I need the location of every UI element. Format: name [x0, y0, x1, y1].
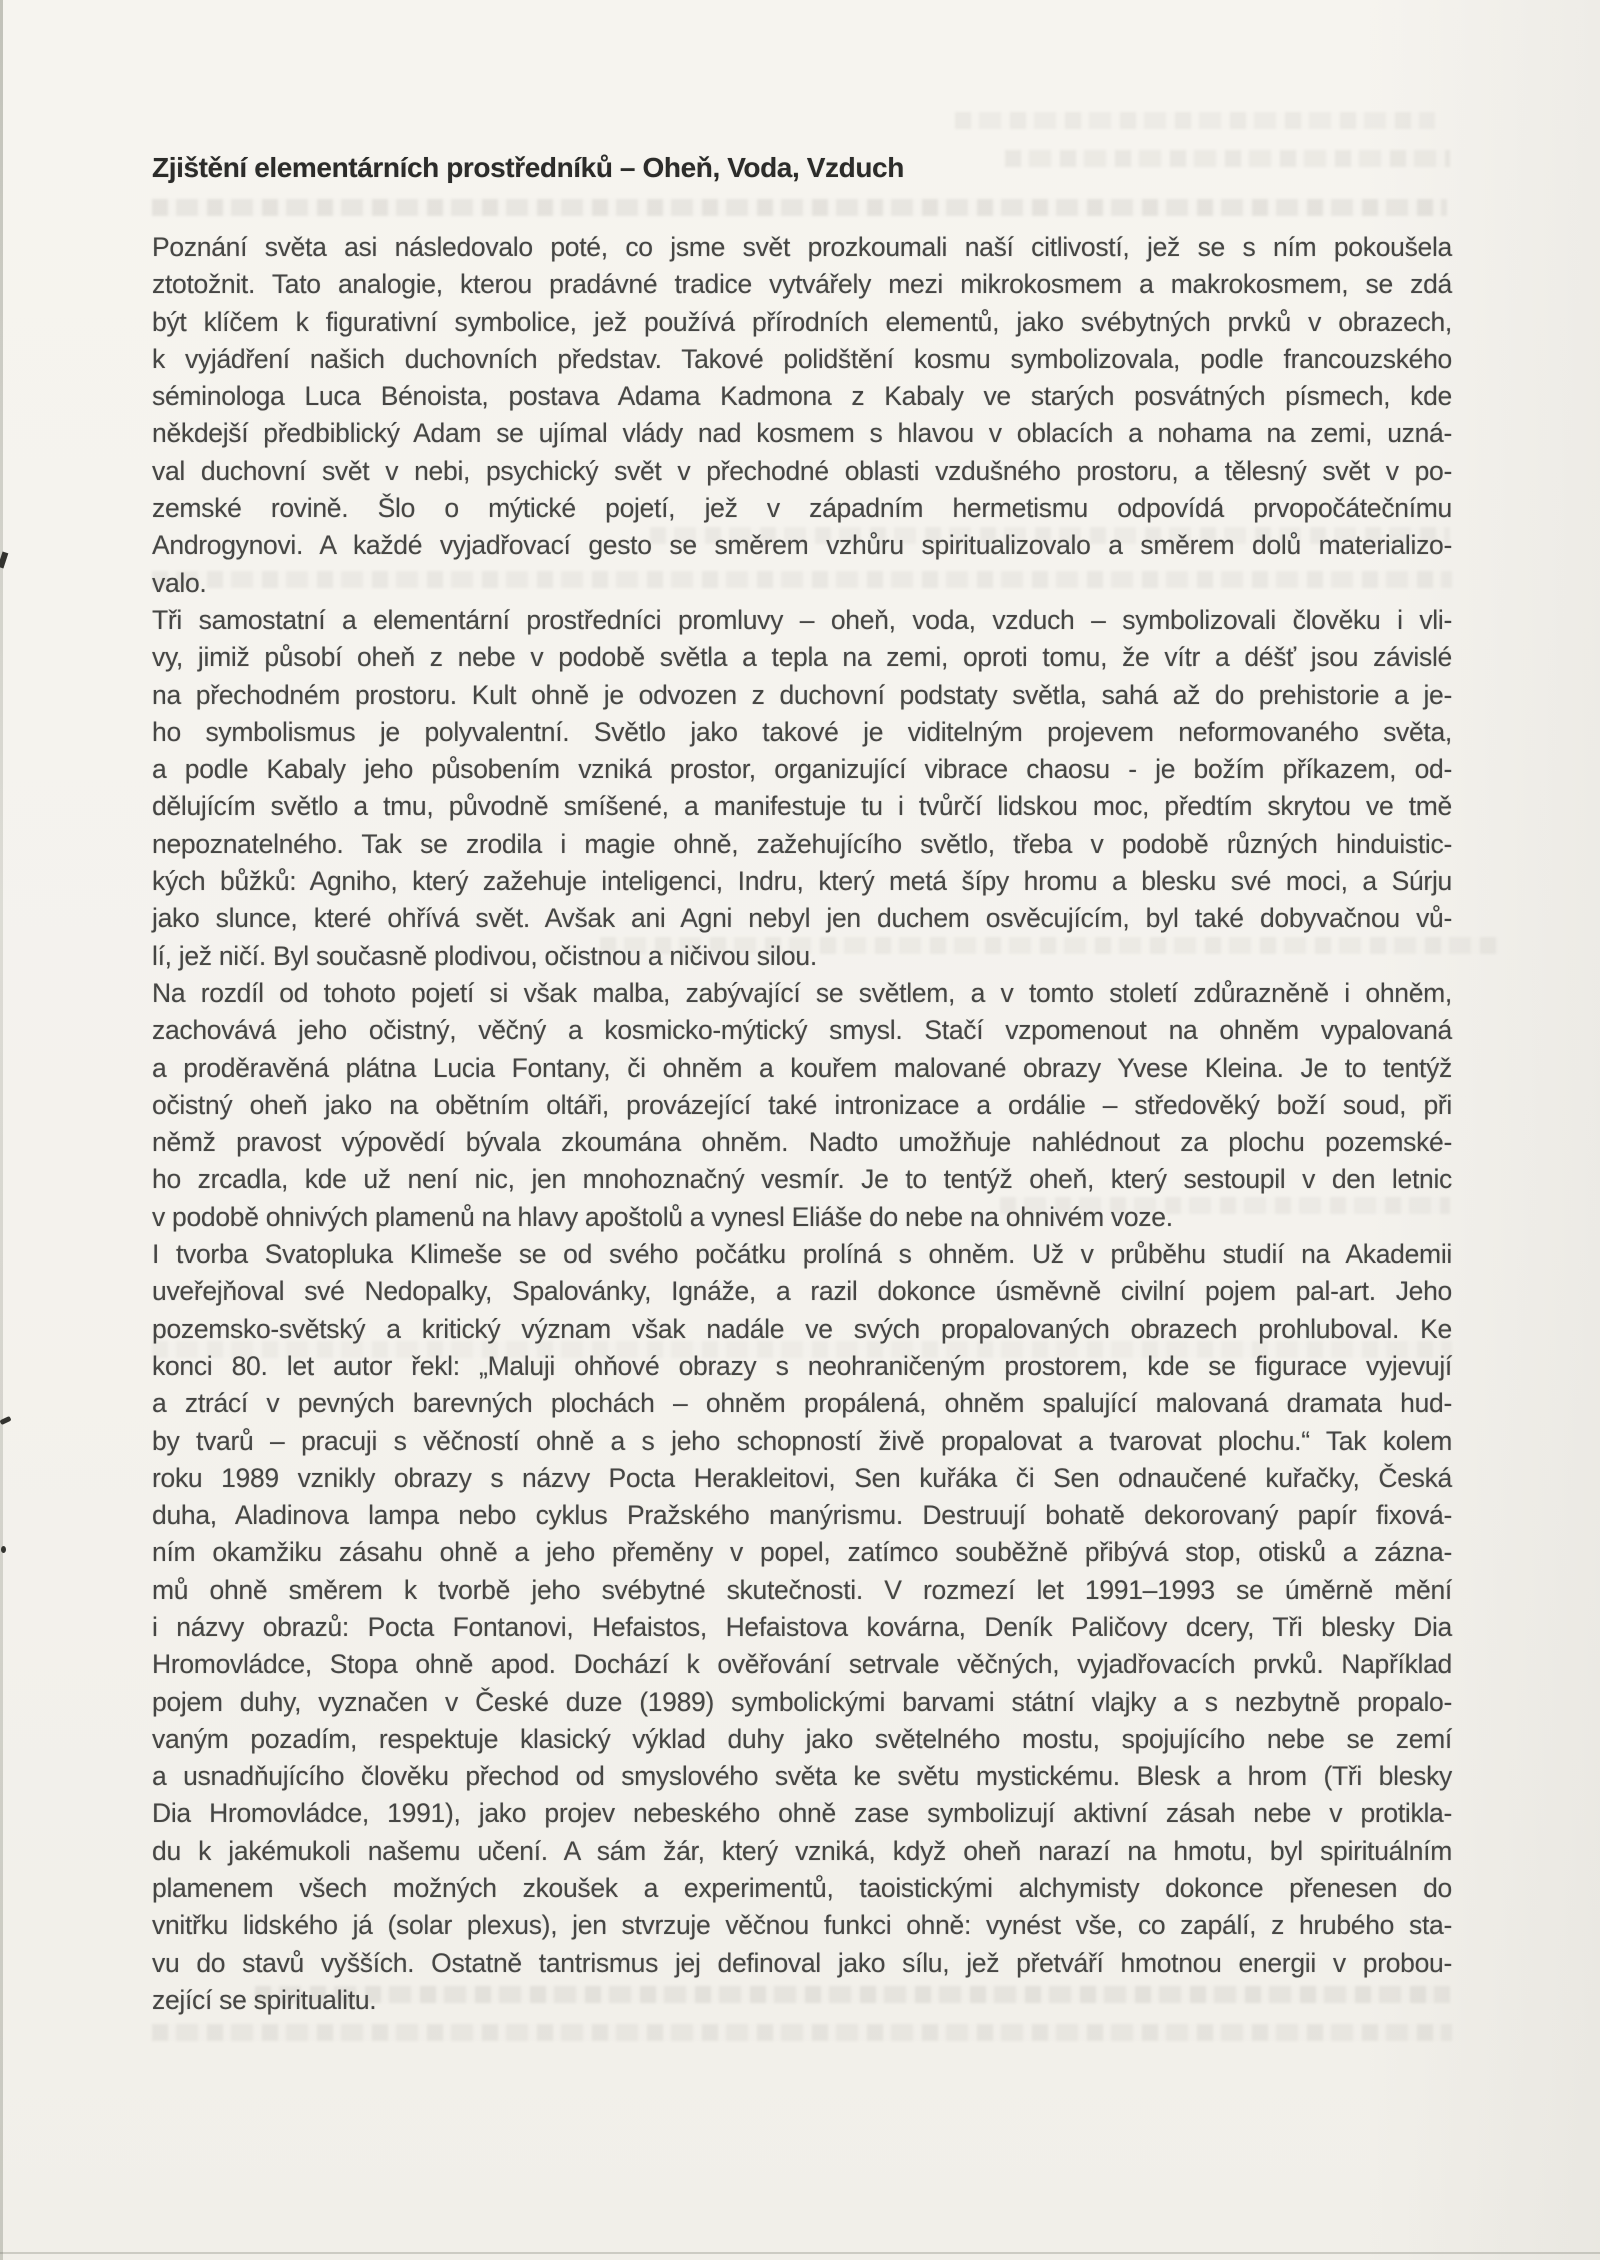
text-line: séminologa Luca Bénoista, postava Adama …	[152, 378, 1452, 415]
text-line: by tvarů – pracuji s věčností ohně a s j…	[152, 1423, 1452, 1460]
scan-speck-artifact	[0, 551, 8, 568]
text-line: ním okamžiku zásahu ohně a jeho přeměny …	[152, 1534, 1452, 1571]
scanned-page: Zjištění elementárních prostředníků – Oh…	[0, 0, 1600, 2260]
text-line: lí, jež ničí. Byl současně plodivou, oči…	[152, 938, 1452, 975]
text-line: někdejší předbiblický Adam se ujímal vlá…	[152, 415, 1452, 452]
text-line: vaným pozadím, respektuje klasický výkla…	[152, 1721, 1452, 1758]
text-line: a podle Kabaly jeho působením vzniká pro…	[152, 751, 1452, 788]
scan-edge-artifact	[0, 0, 3, 2260]
text-line: být klíčem k figurativní symbolice, jež …	[152, 304, 1452, 341]
text-line: kých bůžků: Agniho, který zažehuje intel…	[152, 863, 1452, 900]
text-line: očistný oheň jako na obětním oltáři, pro…	[152, 1087, 1452, 1124]
text-line: uveřejňoval své Nedopalky, Spalovánky, I…	[152, 1273, 1452, 1310]
text-line: v podobě ohnivých plamenů na hlavy apošt…	[152, 1199, 1452, 1236]
text-line: Dia Hromovládce, 1991), jako projev nebe…	[152, 1795, 1452, 1832]
body-text: Poznání světa asi následovalo poté, co j…	[152, 229, 1452, 2019]
text-line: na přechodném prostoru. Kult ohně je odv…	[152, 677, 1452, 714]
text-line: valo.	[152, 565, 1452, 602]
text-line: nepoznatelného. Tak se zrodila i magie o…	[152, 826, 1452, 863]
text-line: ztotožnit. Tato analogie, kterou pradávn…	[152, 266, 1452, 303]
bleedthrough-text-artifact	[1005, 150, 1450, 167]
text-line: I tvorba Svatopluka Klimeše se od svého …	[152, 1236, 1452, 1273]
text-line: i názvy obrazů: Pocta Fontanovi, Hefaist…	[152, 1609, 1452, 1646]
text-line: zející se spiritualitu.	[152, 1982, 1452, 2019]
text-line: a proděravěná plátna Lucia Fontany, či o…	[152, 1050, 1452, 1087]
bleedthrough-text-artifact	[152, 199, 1447, 216]
text-line: duha, Aladinova lampa nebo cyklus Pražsk…	[152, 1497, 1452, 1534]
text-line: Hromovládce, Stopa ohně apod. Dochází k …	[152, 1646, 1452, 1683]
text-line: vu do stavů vyšších. Ostatně tantrismus …	[152, 1945, 1452, 1982]
bleedthrough-text-artifact	[152, 2024, 1452, 2041]
text-line: a ztrácí v pevných barevných plochách – …	[152, 1385, 1452, 1422]
text-line: mů ohně směrem k tvorbě jeho svébytné sk…	[152, 1572, 1452, 1609]
text-line: němž pravost výpovědí bývala zkoumána oh…	[152, 1124, 1452, 1161]
text-line: konci 80. let autor řekl: „Maluji ohňové…	[152, 1348, 1452, 1385]
text-line: jako slunce, které ohřívá svět. Avšak an…	[152, 900, 1452, 937]
text-line: val duchovní svět v nebi, psychický svět…	[152, 453, 1452, 490]
scan-speck-artifact	[1, 1546, 6, 1553]
paragraph: Poznání světa asi následovalo poté, co j…	[152, 229, 1452, 602]
paragraph: Tři samostatní a elementární prostředníc…	[152, 602, 1452, 975]
text-line: Poznání světa asi následovalo poté, co j…	[152, 229, 1452, 266]
text-line: zachovává jeho očistný, věčný a kosmicko…	[152, 1012, 1452, 1049]
text-line: ho symbolismus je polyvalentní. Světlo j…	[152, 714, 1452, 751]
text-line: a usnadňujícího člověku přechod od smysl…	[152, 1758, 1452, 1795]
text-line: ho zrcadla, kde už není nic, jen mnohozn…	[152, 1161, 1452, 1198]
text-line: plamenem všech možných zkoušek a experim…	[152, 1870, 1452, 1907]
page-title: Zjištění elementárních prostředníků – Oh…	[152, 152, 904, 184]
text-line: Na rozdíl od tohoto pojetí si však malba…	[152, 975, 1452, 1012]
bleedthrough-text-artifact	[955, 112, 1435, 129]
text-line: pojem duhy, vyznačen v České duze (1989)…	[152, 1684, 1452, 1721]
paragraph: I tvorba Svatopluka Klimeše se od svého …	[152, 1236, 1452, 2019]
text-line: roku 1989 vznikly obrazy s názvy Pocta H…	[152, 1460, 1452, 1497]
text-line: Androgynovi. A každé vyjadřovací gesto s…	[152, 527, 1452, 564]
text-line: pozemsko-světský a kritický význam však …	[152, 1311, 1452, 1348]
paragraph: Na rozdíl od tohoto pojetí si však malba…	[152, 975, 1452, 1236]
text-line: dělujícím světlo a tmu, původně smíšené,…	[152, 788, 1452, 825]
text-line: vnitřku lidského já (solar plexus), jen …	[152, 1907, 1452, 1944]
text-line: vy, jimiž působí oheň z nebe v podobě sv…	[152, 639, 1452, 676]
scan-edge-artifact	[0, 2252, 1600, 2254]
text-line: k vyjádření našich duchovních představ. …	[152, 341, 1452, 378]
text-line: Tři samostatní a elementární prostředníc…	[152, 602, 1452, 639]
text-line: zemské rovině. Šlo o mýtické pojetí, jež…	[152, 490, 1452, 527]
text-line: du k jakémukoli našemu učení. A sám žár,…	[152, 1833, 1452, 1870]
